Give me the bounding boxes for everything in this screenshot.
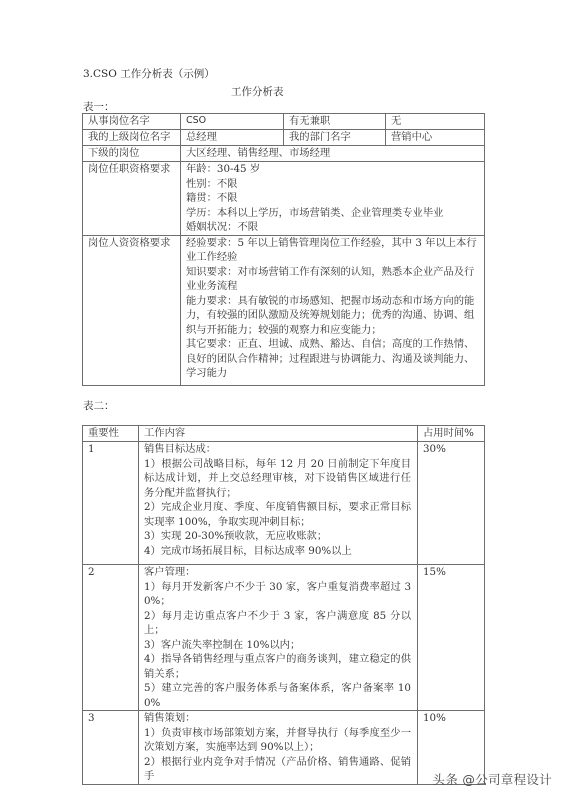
table-row: 2 客户管理： 1）每月开发新客户不少于 30 家，客户重复消费率超过 30%；…: [83, 565, 485, 711]
importance-cell: 2: [83, 565, 139, 711]
content-cell: 销售策划： 1）负责审核市场部策划方案，并督导执行（每季度至少一次策划方案，实施…: [139, 711, 418, 785]
qualification-line: 年龄：30-45 岁: [186, 162, 484, 177]
qualification-cell: 年龄：30-45 岁 性别：不限 籍贯：不限 学历：本科以上学历，市场营销类、企…: [181, 162, 485, 236]
time-cell: 15%: [418, 565, 485, 711]
label-cell: 我的部门名字: [284, 130, 386, 146]
table-row: 岗位任职资格要求 年龄：30-45 岁 性别：不限 籍贯：不限 学历：本科以上学…: [83, 162, 485, 236]
qualification-line: 性别：不限: [186, 177, 484, 192]
table-row: 从事岗位名字 CSO 有无兼职 无: [83, 114, 485, 130]
label-cell: 有无兼职: [284, 114, 386, 130]
qualification-line: 籍贯：不限: [186, 191, 484, 206]
table-row: 下级的岗位 大区经理、销售经理、市场经理: [83, 146, 485, 162]
value-cell: CSO: [181, 114, 284, 130]
personnel-paragraph: 其它要求：正直、坦诚、成熟、豁达、自信；高度的工作热情、良好的团队合作精神；过程…: [186, 337, 478, 381]
table2-label: 表二：: [83, 398, 115, 413]
content-cell: 客户管理： 1）每月开发新客户不少于 30 家，客户重复消费率超过 30%； 2…: [139, 565, 418, 711]
header-content: 工作内容: [139, 426, 418, 442]
content-title: 销售策划：: [144, 711, 411, 726]
label-cell: 岗位人资资格要求: [83, 235, 181, 385]
value-cell: 营销中心: [386, 130, 485, 146]
content-item: 4）完成市场拓展目标，目标达成率 90%以上: [144, 544, 411, 559]
time-cell: 30%: [418, 442, 485, 565]
watermark: 头条 @公司章程设计: [433, 770, 552, 788]
content-title: 客户管理：: [144, 565, 411, 580]
content-item: 3）实现 20-30%预收款，无应收账款；: [144, 529, 411, 544]
personnel-paragraph: 能力要求：具有敏锐的市场感知、把握市场动态和市场方向的能力，有较强的团队激励及统…: [186, 294, 478, 338]
content-item: 1）负责审核市场部策划方案，并督导执行（每季度至少一次策划方案，实施率达到 90…: [144, 726, 411, 755]
table-header-row: 重要性 工作内容 占用时间%: [83, 426, 485, 442]
content-item: 2）每月走访重点客户不少于 3 家，客户满意度 85 分以上；: [144, 609, 411, 638]
label-cell: 从事岗位名字: [83, 114, 181, 130]
content-item: 4）指导各销售经理与重点客户的商务谈判，建立稳定的供销关系；: [144, 652, 411, 681]
header-importance: 重要性: [83, 426, 139, 442]
label-cell: 我的上级岗位名字: [83, 130, 181, 146]
qualification-line: 学历：本科以上学历，市场营销类、企业管理类专业毕业: [186, 206, 484, 221]
table-row: 3 销售策划： 1）负责审核市场部策划方案，并督导执行（每季度至少一次策划方案，…: [83, 711, 485, 785]
section-heading: 3.CSO 工作分析表（示例）: [83, 66, 215, 81]
content-item: 5）建立完善的客户服务体系与备案体系，客户备案率 100%: [144, 681, 411, 710]
table-row: 1 销售目标达成： 1）根据公司战略目标，每年 12 月 20 日前制定下年度目…: [83, 442, 485, 565]
personnel-cell: 经验要求：5 年以上销售管理岗位工作经验，其中 3 年以上本行业工作经验 知识要…: [181, 235, 485, 385]
value-cell: 大区经理、销售经理、市场经理: [181, 146, 485, 162]
value-cell: 无: [386, 114, 485, 130]
importance-cell: 3: [83, 711, 139, 785]
personnel-paragraph: 经验要求：5 年以上销售管理岗位工作经验，其中 3 年以上本行业工作经验: [186, 236, 478, 265]
work-content-table: 重要性 工作内容 占用时间% 1 销售目标达成： 1）根据公司战略目标，每年 1…: [82, 425, 485, 785]
document-title: 工作分析表: [231, 84, 284, 99]
importance-cell: 1: [83, 442, 139, 565]
table-row: 我的上级岗位名字 总经理 我的部门名字 营销中心: [83, 130, 485, 146]
personnel-paragraph: 知识要求：对市场营销工作有深刻的认知，熟悉本企业产品及行业业务流程: [186, 265, 478, 294]
table-row: 岗位人资资格要求 经验要求：5 年以上销售管理岗位工作经验，其中 3 年以上本行…: [83, 235, 485, 385]
content-item: 3）客户流失率控制在 10%以内；: [144, 638, 411, 653]
table1-label: 表一：: [83, 99, 115, 114]
value-cell: 总经理: [181, 130, 284, 146]
content-item: 2）完成企业月度、季度、年度销售额目标，要求正常目标实现率 100%，争取实现冲…: [144, 500, 411, 529]
content-cell: 销售目标达成： 1）根据公司战略目标，每年 12 月 20 日前制定下年度目标达…: [139, 442, 418, 565]
content-item: 1）每月开发新客户不少于 30 家，客户重复消费率超过 30%；: [144, 580, 411, 609]
content-item: 2）根据行业内竞争对手情况（产品价格、销售通路、促销手: [144, 755, 411, 784]
content-item: 1）根据公司战略目标，每年 12 月 20 日前制定下年度目标达成计划，并上交总…: [144, 457, 411, 501]
job-info-table: 从事岗位名字 CSO 有无兼职 无 我的上级岗位名字 总经理 我的部门名字 营销…: [82, 113, 485, 386]
label-cell: 岗位任职资格要求: [83, 162, 181, 236]
qualification-line: 婚姻状况：不限: [186, 220, 484, 235]
header-time: 占用时间%: [418, 426, 485, 442]
label-cell: 下级的岗位: [83, 146, 181, 162]
content-title: 销售目标达成：: [144, 442, 411, 457]
